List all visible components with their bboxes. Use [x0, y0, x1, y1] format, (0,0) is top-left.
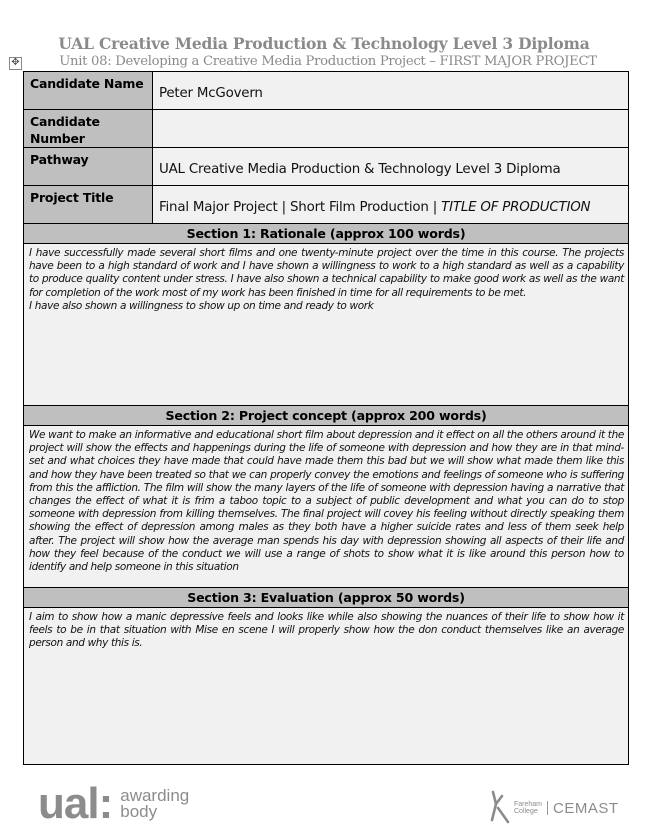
section-3-paragraph: I aim to show how a manic depressive fee…	[29, 611, 624, 651]
ual-logo-mark: ual:	[38, 784, 112, 824]
section-2-heading: Section 2: Project concept (approx 200 w…	[24, 406, 628, 426]
college-line1: Fareham	[514, 801, 542, 808]
candidate-number-field[interactable]	[153, 110, 628, 147]
document-title: UAL Creative Media Production & Technolo…	[0, 34, 648, 53]
college-line2: College	[514, 808, 538, 815]
candidate-number-label: Candidate Number	[24, 110, 153, 147]
project-form-table: Candidate Name Peter McGovern Candidate …	[23, 71, 629, 765]
section-1-paragraph-2: I have also shown a willingness to show …	[29, 300, 624, 313]
section-1-body[interactable]: I have successfully made several short f…	[24, 244, 628, 406]
candidate-number-row: Candidate Number	[24, 110, 628, 148]
candidate-name-row: Candidate Name Peter McGovern	[24, 72, 628, 110]
document-subtitle: Unit 08: Developing a Creative Media Pro…	[0, 54, 648, 69]
pathway-label: Pathway	[24, 148, 153, 185]
section-3-body[interactable]: I aim to show how a manic depressive fee…	[24, 608, 628, 764]
section-2-body[interactable]: We want to make an informative and educa…	[24, 426, 628, 588]
section-1-paragraph-1: I have successfully made several short f…	[29, 247, 624, 300]
fareham-college-cemast-logo: Fareham College CEMAST	[490, 790, 619, 826]
pathway-field[interactable]: UAL Creative Media Production & Technolo…	[153, 148, 628, 185]
section-1-heading: Section 1: Rationale (approx 100 words)	[24, 224, 628, 244]
candidate-name-field[interactable]: Peter McGovern	[153, 72, 628, 109]
candidate-name-label: Candidate Name	[24, 72, 153, 109]
pathway-row: Pathway UAL Creative Media Production & …	[24, 148, 628, 186]
project-title-text: Final Major Project | Short Film Product…	[159, 200, 441, 215]
project-title-placeholder: TITLE OF PRODUCTION	[441, 200, 590, 215]
section-2-paragraph: We want to make an informative and educa…	[29, 429, 624, 574]
project-title-row: Project Title Final Major Project | Shor…	[24, 186, 628, 224]
fareham-college-figure-icon	[490, 790, 512, 826]
ual-awarding-body-logo: ual: awarding body	[38, 784, 189, 824]
project-title-label: Project Title	[24, 186, 153, 223]
project-title-field[interactable]: Final Major Project | Short Film Product…	[153, 186, 628, 223]
logo-divider	[547, 801, 548, 815]
section-3-heading: Section 3: Evaluation (approx 50 words)	[24, 588, 628, 608]
fareham-college-text: Fareham College	[514, 801, 542, 815]
ual-logo-line2: body	[120, 802, 157, 821]
ual-logo-text: awarding body	[120, 788, 189, 820]
cemast-text: CEMAST	[553, 800, 619, 817]
